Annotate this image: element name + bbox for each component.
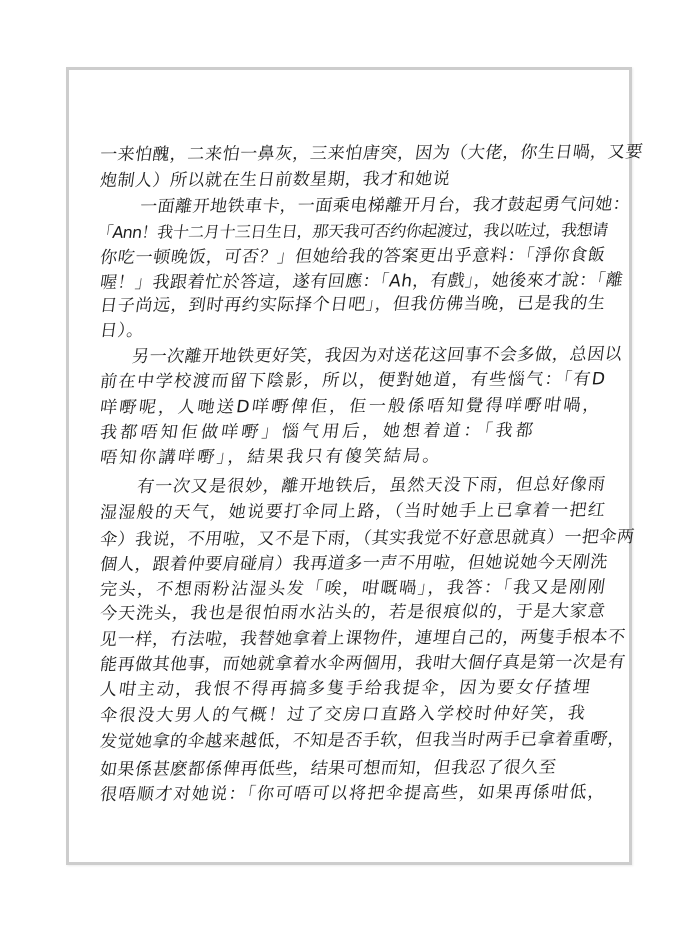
handwritten-line: 伞很没大男人的气概！过了交房口直路入学校时仲好笑，我 bbox=[98, 701, 587, 728]
handwritten-line: 一来怕醜，二来怕一鼻灰，三来怕唐突，因为（大佬，你生日喎，又要 bbox=[98, 140, 607, 167]
handwritten-line: 「Ann！我十二月十三日生日，那天我可否约你起渡过，我以咗过，我想请 bbox=[95, 218, 609, 245]
handwritten-line: 很唔顺才对她说：「你可唔可以将把伞提高些，如果再係咁低， bbox=[98, 780, 607, 807]
handwritten-line: 日子尚远，到时再约实际择个日吧」，但我仿佛当晚，已是我的生 bbox=[98, 291, 607, 318]
handwritten-line: 前在中学校渡而留下陰影，所以，便對她道，有些惱气：「有D bbox=[98, 367, 607, 394]
paragraph-start-line: 一面離开地铁車卡，一面乘电梯離开月台，我才鼓起勇气问她： bbox=[138, 193, 607, 219]
handwritten-line: 你吃一顿晚饭，可否？」但她给我的答案更出乎意料：「淨你食飯 bbox=[98, 243, 607, 270]
handwritten-line: 完头，不想雨粉沾湿头发「唉，咁嘅喎」，我答：「我又是刚刚 bbox=[98, 575, 607, 602]
handwritten-line: 日）。 bbox=[98, 319, 145, 343]
handwritten-line: 咩嘢呢，人哋送D咩嘢俾佢，佢一般係唔知覺得咩嘢咁喎， bbox=[98, 393, 602, 420]
handwritten-line: 炮制人）所以就在生日前数星期，我才和她说 bbox=[98, 167, 452, 193]
handwritten-line: 今天洗头，我也是很怕雨水沾头的，若是很痕似的，于是大家意 bbox=[98, 599, 607, 626]
handwritten-line: 如果係甚麽都係俾再低些，结果可想而知，但我忍了很久至 bbox=[98, 756, 558, 782]
handwritten-line: 湿湿般的天气，她说要打伞同上路，（当时她手上已拿着一把红 bbox=[98, 498, 607, 525]
handwritten-line: 個人，跟着仲要肩碰肩）我再道多一声不用啦，但她说她今天刚洗 bbox=[98, 550, 607, 577]
handwritten-line: 发觉她拿的伞越来越低，不知是否手软，但我当时两手已拿着重嘢， bbox=[98, 727, 607, 754]
paragraph-start-line: 有一次又是很妙，離开地铁后，虽然天没下雨，但总好像雨 bbox=[135, 473, 607, 499]
handwritten-line: 见一样，冇法啦，我替她拿着上课物件，連埋自己的，两隻手根本不 bbox=[98, 625, 607, 652]
handwritten-line: 我都唔知佢做咩嘢」惱气用后，她想着道：「我都 bbox=[98, 419, 535, 445]
handwritten-line: 唔知你講咩嘢」，結果我只有傻笑結局。 bbox=[98, 444, 441, 470]
handwritten-line: 人咁主动，我恨不得再搞多隻手给我提伞，因为要女仔揸埋 bbox=[98, 675, 592, 702]
paragraph-start-line: 另一次離开地铁更好笑，我因为对送花这回事不会多做，总因以 bbox=[130, 343, 607, 369]
handwritten-line: 伞）我说，不用啦，又不是下雨，（其实我觉不好意思就真）一把伞两 bbox=[98, 525, 607, 552]
handwritten-line: 能再做其他事，而她就拿着水伞两個用，我咁大個仔真是第一次是有 bbox=[98, 650, 607, 677]
